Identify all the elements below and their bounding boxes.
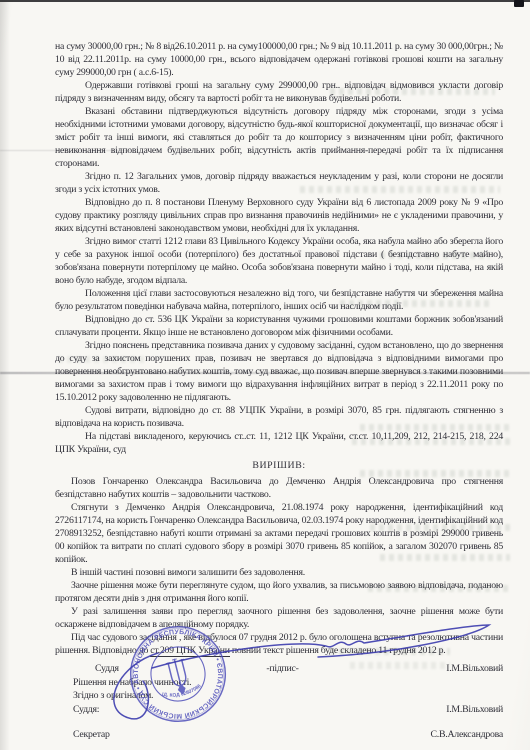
final-par-underlined-citation: ст.209 ЦПК України [150,645,229,657]
paragraph: На підставі викладеного, керуючись ст..с… [55,430,503,456]
certify-judge-label: Суддя: [55,703,99,717]
resolution-paragraph: В іншій частині позовні вимоги залишити … [55,566,503,579]
scanned-court-decision-page: на суму 30000,00 грн.; № 8 від26.10.2011… [0,0,530,750]
paragraph: Одержавши готівкові гроші на загальну су… [55,79,503,105]
paragraph: Вказані обставини підтверджуються відсут… [55,105,503,170]
paragraph: Судові витрати, відповідно до ст. 88 УЦП… [55,404,503,430]
final-par-after: повний текст рішення буде складено 11 гр… [230,645,446,656]
secretary-label: Секретар [55,728,110,742]
paragraph: Згідно п. 12 Загальних умов, договір під… [55,170,503,196]
document-text: на суму 30000,00 грн.; № 8 від26.10.2011… [0,0,530,742]
signature-block: Суддя -підпис- І.М.Вільховий Рішення не … [55,662,503,742]
verdict-heading: ВИРІШИВ: [55,459,503,472]
paragraph: Відповідно до ст. 536 ЦК України за кори… [55,313,503,339]
secretary-name: С.В.Александрова [431,728,503,742]
resolution-paragraph: Заочне рішення може бути переглянуте суд… [55,579,503,605]
resolution-paragraph: Стягнути з Демченко Андрія Олександрович… [55,501,503,566]
paragraph: Відповідно до п. 8 постанови Пленуму Вер… [55,196,503,235]
not-in-force-note: Рішення не набрало чинності. [55,676,503,690]
resolution-paragraph: У разі залишення заяви про перегляд заоч… [55,605,503,631]
paragraph: Згідно пояснень представника позивача да… [55,339,503,404]
certify-judge-row: Суддя: І.М.Вільховий [55,703,503,717]
certify-judge-name: І.М.Вільховий [446,703,503,717]
judge-signature-row: Суддя -підпис- І.М.Вільховий [55,662,503,676]
judge-name: І.М.Вільховий [446,662,503,676]
paragraph: на суму 30000,00 грн.; № 8 від26.10.2011… [55,40,503,79]
resolution-paragraph: Позов Гончаренко Олександра Васильовича … [55,475,503,501]
paragraph: Згідно вимог статті 1212 глави 83 Цивіль… [55,235,503,287]
judge-label: Суддя [55,662,119,676]
resolution-paragraph-final: Під час судового засідання , яке відбуло… [55,631,503,657]
paragraph: Положення цієї глави застосовуються неза… [55,287,503,313]
true-copy-note: Згідно з оригіналом. [55,689,503,703]
signature-placeholder: -підпис- [266,662,298,676]
secretary-row: Секретар С.В.Александрова [55,728,503,742]
